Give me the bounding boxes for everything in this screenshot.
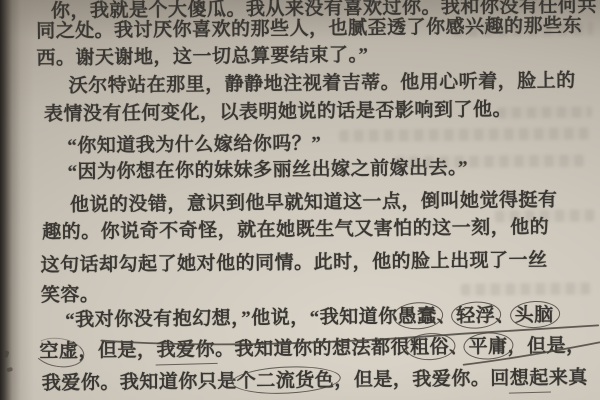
text-line: 他说的没错，意识到他早就知道这一点，倒叫她觉得挺有: [70, 191, 558, 215]
pen-circle-annotation: 平庸: [468, 337, 507, 356]
pen-arc-annotation: 空虚: [39, 342, 78, 361]
pen-circle-annotation: 愚蠢: [398, 307, 437, 326]
page-content: 你，我就是个大傻瓜。我从来没有喜欢过你。我和你没有任何共同之处。我讨厌你喜欢的那…: [0, 0, 600, 400]
text-segment: 趣的。你说奇不奇怪，就在她既生气又害怕的这一刻，他的: [42, 217, 549, 243]
text-line: “你知道我为什么嫁给你吗？”: [67, 134, 321, 156]
text-line: 同之处。我讨厌你喜欢的那些人，也腻歪透了你感兴趣的那些东: [36, 17, 582, 42]
text-line: 表情没有任何变化，以表明她说的话是否影响到了他。: [44, 100, 512, 124]
text-segment: 笑容。: [41, 285, 100, 307]
text-line: “我对你没有抱幻想，”他说，“我知道你愚蠢、轻浮、头脑: [65, 306, 554, 330]
pen-circle-annotation: 头脑: [515, 306, 554, 325]
text-segment: 西。谢天谢地，这一切总算要结束了。”: [36, 45, 368, 69]
text-line: 空虚，但是，我爱你。我知道你的想法都很粗俗、平庸，但是，: [39, 337, 585, 362]
text-layer: 你，我就是个大傻瓜。我从来没有喜欢过你。我和你没有任何共同之处。我讨厌你喜欢的那…: [0, 0, 598, 1]
text-line: 我爱你。我知道你只是个二流货色，但是，我爱你。回想起来真: [42, 368, 588, 393]
pen-circle-annotation: 粗俗: [410, 338, 449, 357]
text-segment: ，但是，: [507, 336, 585, 358]
text-segment: ，但是，: [78, 340, 156, 362]
text-segment: 。我知道你的想法都很: [215, 337, 410, 360]
text-segment: ，但是，我爱你。回: [334, 368, 510, 391]
text-line: 这句话却勾起了她对他的同情。此时，他的脸上出现了一丝: [40, 251, 547, 275]
text-segment: 同之处。我讨厌你喜欢的那些人，也腻歪透了你感兴趣的那些东: [36, 16, 582, 43]
text-line: “因为你想在你的妹妹多丽丝出嫁之前嫁出去。”: [68, 159, 469, 182]
text-segment: 我爱你。我知道你只是: [42, 371, 237, 394]
text-segment: 沃尔特站在那里，静静地注视着吉蒂。他用心听着，脸上的: [69, 71, 576, 97]
text-line: 西。谢天谢地，这一切总算要结束了。”: [36, 46, 368, 68]
text-segment: “我对你没有抱幻想，”他说，“我知道你: [65, 306, 398, 330]
text-segment: “你知道我为什么嫁给你吗？”: [67, 133, 321, 157]
pen-circle-annotation: 个二流货色: [237, 371, 335, 391]
book-page-photo: 你，我就是个大傻瓜。我从来没有喜欢过你。我和你没有任何共同之处。我讨厌你喜欢的那…: [0, 0, 600, 400]
text-segment: 来真: [549, 367, 588, 388]
pen-circle-annotation: 轻浮: [456, 306, 495, 325]
bleed-through-text: [461, 282, 591, 295]
text-line: 笑容。: [41, 286, 100, 306]
pen-underline-annotation: 我爱你: [156, 340, 215, 360]
text-line: 趣的。你说奇不奇怪，就在她既生气又害怕的这一刻，他的: [42, 218, 549, 242]
text-segment: 表情没有任何变化，以表明她说的话是否影响到了他。: [44, 99, 512, 125]
bleed-through-text: [339, 127, 589, 142]
text-segment: 他说的没错，意识到他早就知道这一点，倒叫她觉得挺有: [70, 190, 558, 216]
book-gutter-shadow: [0, 0, 34, 400]
text-line: 沃尔特站在那里，静静地注视着吉蒂。他用心听着，脸上的: [69, 72, 576, 96]
pen-underline-annotation: 想起: [510, 369, 549, 388]
text-segment: 这句话却勾起了她对他的同情。此时，他的脸上出现了一丝: [40, 250, 547, 276]
text-segment: “因为你想在你的妹妹多丽丝出嫁之前嫁出去。”: [67, 158, 468, 183]
